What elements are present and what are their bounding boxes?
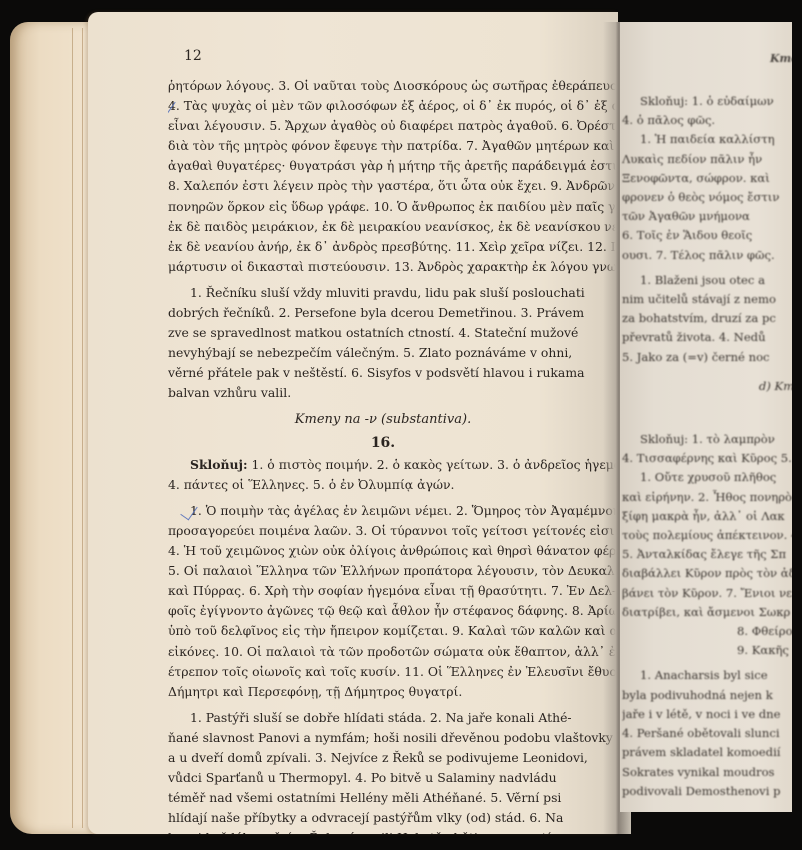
text-line: nim učitelů stávají z nemo: [622, 290, 792, 309]
text-line: 1. Blaženi jsou otec a: [622, 271, 792, 290]
running-header: Kmen: [770, 52, 792, 65]
text-line: εἶναι λέγουσιν. 5. Ἄρχων ἀγαθὸς οὐ διαφέ…: [168, 116, 618, 136]
text-line: zve se spravedlnost matkou ostatních ctn…: [168, 323, 618, 343]
decline-label: Skloňuj:: [190, 457, 248, 472]
left-page-body: ῥητόρων λόγους. 3. Οἱ ναῦται τοὺς Διοσκό…: [168, 76, 618, 834]
text-line: πονηρῶν ὅρκον εἰς ὕδωρ γράφε. 10. Ὁ ἄνθρ…: [168, 197, 618, 217]
text-line: Skloňuj: 1. ὁ πιστὸς ποιμήν. 2. ὁ κακὸς …: [168, 455, 618, 475]
text-line: προσαγορεύει ποιμένα λαῶν. 3. Οἱ τύραννο…: [168, 521, 618, 541]
text-line: φρονεν ὁ θεὸς νόμος ἔστιν: [622, 188, 792, 207]
text-line: διὰ τὸν τῆς μητρὸς φόνον ἔφευγε τὴν πατρ…: [168, 136, 618, 156]
text-line: Skloňuj: 1. ὁ εὐδαίμων: [622, 92, 792, 111]
text-line: 4. Τισσαφέρνης καὶ Κῦρος 5.: [622, 449, 792, 468]
text-line: 4. Ἡ τοῦ χειμῶνος χιὼν οὐκ ὀλίγοις ἀνθρώ…: [168, 541, 618, 561]
czech-exercise-15: 1. Řečníku sluší vždy mluviti pravdu, li…: [168, 283, 618, 404]
text-line: 4. Peršané obětovali slunci: [622, 724, 792, 743]
text-line: 5. Οἱ παλαιοὶ Ἕλληνα τῶν Ἑλλήνων προπάτο…: [168, 561, 618, 581]
text-line: 1. Οὔτε χρυσοῦ πλῆθος: [622, 468, 792, 487]
decline-instructions: Skloňuj: 1. ὁ πιστὸς ποιμήν. 2. ὁ κακὸς …: [168, 455, 618, 495]
subsection-title: d) Kmeny: [622, 377, 792, 396]
text-line: φοῖς ἐγίγνοντο ἀγῶνες τῷ θεῷ καὶ ἆθλον ἦ…: [168, 601, 618, 621]
text-line: μάρτυσιν οἱ δικασταὶ πιστεύουσιν. 13. Ἀν…: [168, 257, 618, 277]
text-line: τῶν Ἀγαθῶν μνήμονα: [622, 207, 792, 226]
greek-exercise-16: 1. Ὁ ποιμὴν τὰς ἀγέλας ἐν λειμῶνι νέμει.…: [168, 501, 618, 702]
text-line: 8. Χαλεπόν ἐστι λέγειν πρὸς τὴν γαστέρα,…: [168, 176, 618, 196]
text-line: dobrých řečníků. 2. Persefone byla dcero…: [168, 303, 618, 323]
text-line: nevyhýbají se nebezpečím válečným. 5. Zl…: [168, 343, 618, 363]
text-line: Skloňuj: 1. τὸ λαμπρὸν: [622, 430, 792, 449]
text-line: 1. Ὁ ποιμὴν τὰς ἀγέλας ἐν λειμῶνι νέμει.…: [168, 501, 618, 521]
text-line: konci každého měsíce Řekové nosili Hekat…: [168, 828, 618, 834]
text-line: téměř nad všemi ostatními Hellény měli A…: [168, 788, 618, 808]
text-line: Δήμητρι καὶ Περσεφόνῃ, τῇ Δήμητρος θυγατ…: [168, 682, 618, 702]
text-line: byla podivuhodná nejen k: [622, 686, 792, 705]
text-line: 1. Pastýři sluší se dobře hlídati stáda.…: [168, 708, 618, 728]
text-line: Sokrates vynikal moudros: [622, 763, 792, 782]
text-line: 4. πάντες οἱ Ἕλληνες. 5. ὁ ἐν Ὀλυμπίᾳ ἀγ…: [168, 475, 618, 495]
text-line: Λυκαὶς πεδίον πᾶλιν ἦν: [622, 150, 792, 169]
section-title: Kmeny na -ν (substantiva).: [168, 410, 618, 430]
greek-exercise-15-continued: ῥητόρων λόγους. 3. Οἱ ναῦται τοὺς Διοσκό…: [168, 76, 618, 277]
text-line: τοὺς πολεμίους ἀπέκτεινον. 4.: [622, 526, 792, 545]
text-line: 1. Ἡ παιδεία καλλίστη: [622, 130, 792, 149]
left-page: 12 ῥητόρων λόγους. 3. Οἱ ναῦται τοὺς Διο…: [88, 12, 618, 834]
text-line: ἀγαθαὶ θυγατέρες· θυγατράσι γὰρ ἡ μήτηρ …: [168, 156, 618, 176]
text-line: εἰκόνες. 10. Οἱ παλαιοὶ τὰ τῶν προδοτῶν …: [168, 642, 618, 662]
text-line: ουσι. 7. Τέλος πᾶλιν φῶς.: [622, 246, 792, 265]
text-line: 4. Τὰς ψυχὰς οἱ μὲν τῶν φιλοσόφων ἐξ ἀέρ…: [168, 96, 618, 116]
text-line: převratů života. 4. Nedů: [622, 328, 792, 347]
text-line: podivovali Demosthenovi p: [622, 782, 792, 801]
page-edge-line: [82, 28, 83, 828]
text-line: ξίφη μακρὰ ἦν, ἀλλ᾽ οἱ Λακ: [622, 507, 792, 526]
text-line: hlídají naše příbytky a odvracejí pastýř…: [168, 808, 618, 828]
text-line: διατρίβει, καὶ ἄσμενοι Σωκρ: [622, 603, 792, 622]
text-line: καὶ Πύρρας. 6. Χρὴ τὴν σοφίαν ἡγεμόνα εἶ…: [168, 581, 618, 601]
text-line: za bohatstvím, druzí za pc: [622, 309, 792, 328]
text-line: 4. ὁ πᾶλος φῶς.: [622, 111, 792, 130]
text-line: a u dveří domů zpívali. 3. Nejvíce z Řek…: [168, 748, 618, 768]
czech-exercise-16: 1. Pastýři sluší se dobře hlídati stáda.…: [168, 708, 618, 834]
right-page-body: Skloňuj: 1. ὁ εὐδαίμων 4. ὁ πᾶλος φῶς. 1…: [622, 92, 792, 801]
right-page: Kmen Skloňuj: 1. ὁ εὐδαίμων 4. ὁ πᾶλος φ…: [620, 22, 792, 812]
text-line: ἐκ δὲ παιδὸς μειράκιον, ἐκ δὲ μειρακίου …: [168, 217, 618, 237]
text-line: ὑπὸ τοῦ δελφῖνος εἰς τὴν ἤπειρον κομίζετ…: [168, 621, 618, 641]
text-line: právem skladatel komoedií: [622, 743, 792, 762]
text-line: ῥητόρων λόγους. 3. Οἱ ναῦται τοὺς Διοσκό…: [168, 76, 618, 96]
text-line: διαβάλλει Κῦρον πρὸς τὸν ἀδ: [622, 564, 792, 583]
text-line: 6. Τοῖς ἐν Ἅιδου θεοῖς: [622, 226, 792, 245]
text-line: věrné přátele pak v neštěstí. 6. Sisyfos…: [168, 363, 618, 383]
text-line: 1. Anacharsis byl sice: [622, 666, 792, 685]
exercise-number: 16.: [168, 433, 618, 453]
text-line: vůdci Sparťanů u Thermopyl. 4. Po bitvě …: [168, 768, 618, 788]
text-line: καὶ εἰρήνην. 2. Ἦθος πονηρὸ: [622, 488, 792, 507]
text-line: ἐκ δὲ νεανίου ἀνήρ, ἐκ δ᾽ ἀνδρὸς πρεσβύτ…: [168, 237, 618, 257]
text-line: έτρεπον τοῖς οἰωνοῖς καὶ τοῖς κυσίν. 11.…: [168, 662, 618, 682]
text-line: βάνει τὸν Κῦρον. 7. Ἔνιοι νε: [622, 584, 792, 603]
text-line: jaře i v létě, v noci i ve dne: [622, 705, 792, 724]
text-line: 5. Jako za (=v) černé noc: [622, 348, 792, 367]
page-number: 12: [184, 48, 202, 64]
text-line: 1. Řečníku sluší vždy mluviti pravdu, li…: [168, 283, 618, 303]
text-line: ňané slavnost Panovi a nymfám; hoši nosi…: [168, 728, 618, 748]
page-edge-line: [72, 28, 73, 828]
text-line: 8. Φθείρουσ: [622, 622, 792, 641]
book-photo: 12 ῥητόρων λόγους. 3. Οἱ ναῦται τοὺς Διο…: [0, 0, 802, 850]
text-line: balvan vzhůru valil.: [168, 383, 618, 403]
text-line: 9. Κακῆς ἀπ: [622, 641, 792, 660]
text-line: 5. Ἀνταλκίδας ἔλεγε τῆς Σπ: [622, 545, 792, 564]
text-line: Ξενοφῶντα, σώφρον. καὶ: [622, 169, 792, 188]
